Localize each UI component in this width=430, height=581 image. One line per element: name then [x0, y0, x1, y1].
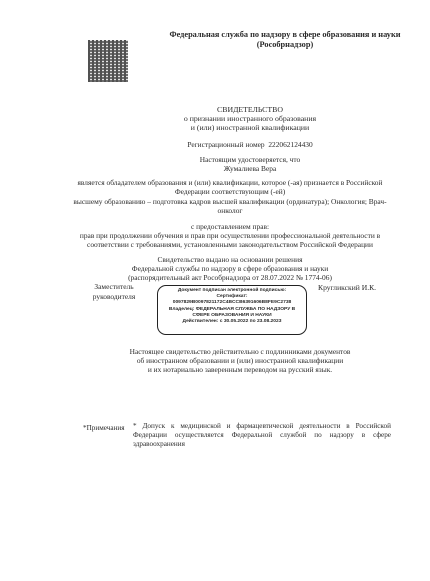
holder-line: является обладателем образования и (или)… — [60, 178, 400, 187]
qualification-line: высшему образованию – подготовка кадров … — [60, 197, 400, 206]
validity-statement: Настоящее свидетельство действительно с … — [60, 347, 420, 375]
validity-line: об иностранном образовании и (или) иност… — [60, 356, 420, 365]
basis-line: Свидетельство выдано на основании решени… — [60, 255, 400, 264]
stamp-line: Действителен: с 30.05.2022 по 23.08.2023 — [158, 319, 306, 325]
basis-block: Свидетельство выдано на основании решени… — [60, 255, 400, 283]
holder-statement: является обладателем образования и (или)… — [60, 178, 400, 196]
validity-line: и их нотариально заверенным переводом на… — [60, 365, 420, 374]
basis-line: Федеральной службы по надзору в сфере об… — [60, 264, 400, 273]
agency-header: Федеральная служба по надзору в сфере об… — [150, 30, 420, 50]
note-label: *Примечания — [83, 424, 125, 432]
note-text: * Допуск к медицинской и фармацевтическо… — [133, 422, 391, 450]
electronic-signature-stamp: Документ подписан электронной подписью: … — [157, 285, 307, 335]
certifies-text: Настоящим удостоверяется, что — [150, 155, 350, 164]
qualification: высшему образованию – подготовка кадров … — [60, 197, 400, 215]
certifies-block: Настоящим удостоверяется, что Жумалиева … — [150, 155, 350, 173]
registration-number: Регистрационный номер 222062124430 — [150, 140, 350, 149]
rights-label: с предоставлением прав: — [60, 222, 400, 231]
certificate-subtitle: и (или) иностранной квалификации — [150, 123, 350, 132]
certificate-subtitle: о признании иностранного образования — [150, 114, 350, 123]
rights-block: с предоставлением прав: прав при продолж… — [60, 222, 400, 250]
stamp-line: 0097829B0097821172C4BCCB6391606B8FE9C273… — [158, 300, 306, 306]
position-line: Заместитель — [84, 282, 144, 292]
certificate-title: СВИДЕТЕЛЬСТВО — [150, 105, 350, 114]
rights-line: прав при продолжении обучения и прав при… — [60, 231, 400, 240]
rights-line: соответствии с требованиями, установленн… — [60, 240, 400, 249]
signer-name: Кругликский И.К. — [318, 283, 376, 292]
agency-abbr: (Рособрнадзор) — [150, 40, 420, 50]
signer-position: Заместитель руководителя — [84, 282, 144, 301]
position-line: руководителя — [84, 292, 144, 302]
qr-code-icon — [88, 40, 128, 82]
registration-value: 222062124430 — [268, 140, 312, 149]
qualification-line: онколог — [60, 206, 400, 215]
validity-line: Настоящее свидетельство действительно с … — [60, 347, 420, 356]
agency-name: Федеральная служба по надзору в сфере об… — [150, 30, 420, 40]
holder-name: Жумалиева Вера — [150, 164, 350, 173]
stamp-line: Владелец: ФЕДЕРАЛЬНАЯ СЛУЖБА ПО НАДЗОРУ … — [158, 307, 306, 313]
certificate-title-block: СВИДЕТЕЛЬСТВО о признании иностранного о… — [150, 105, 350, 133]
registration-label: Регистрационный номер — [187, 140, 264, 149]
holder-line: Федерации соответствующим (-ей) — [60, 187, 400, 196]
